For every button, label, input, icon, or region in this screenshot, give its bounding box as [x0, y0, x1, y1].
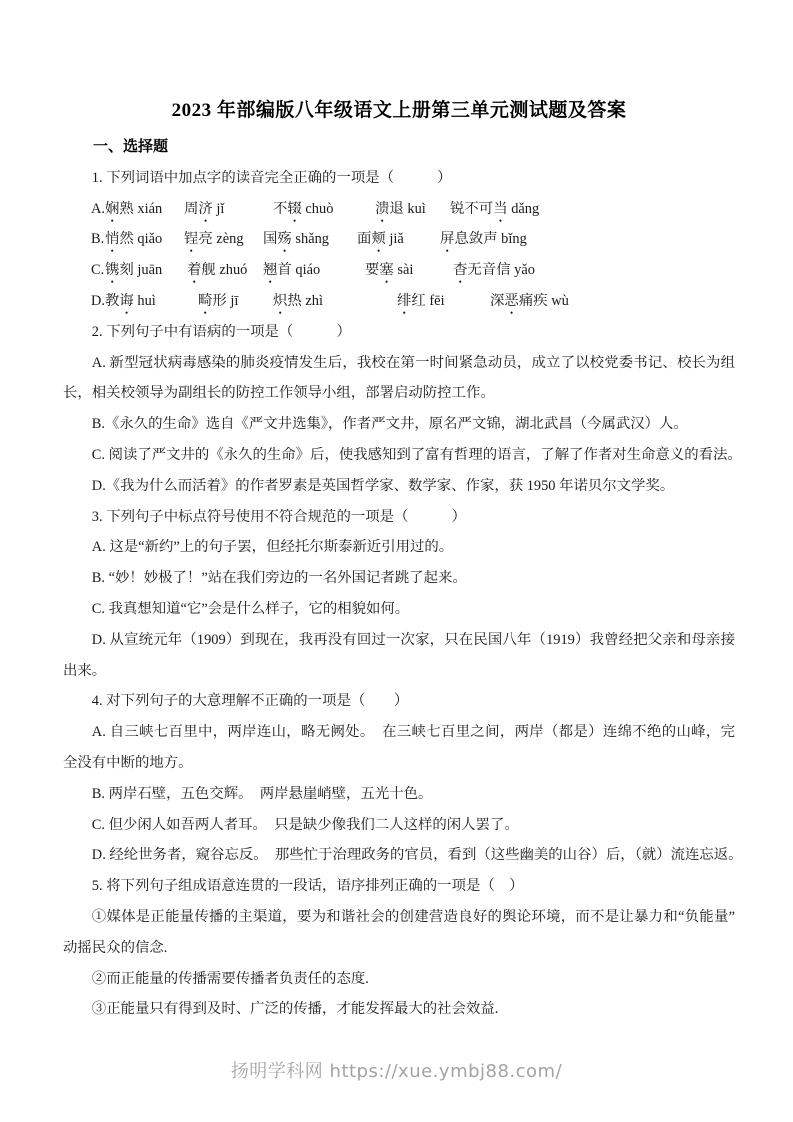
term-post: 首 qiáo	[277, 262, 320, 278]
word-term: 炽热 zhì	[273, 286, 323, 317]
term-pre: 不	[273, 201, 287, 217]
q5-item-3: ③正能量只有得到及时、广泛的传播，才能发挥最大的社会效益.	[63, 994, 735, 1025]
q5-item-1-line2: 动摇民众的信念.	[63, 933, 735, 964]
term-post: 退 kuì	[389, 201, 425, 217]
term-dotted-char: 屏	[440, 227, 454, 248]
term-post: jǐ	[213, 201, 225, 217]
term-dotted-char: 着	[187, 258, 201, 279]
q2-option-a-line1: A. 新型冠状病毒感染的肺炎疫情发生后，我校在第一时间紧急动员，成立了以校党委书…	[63, 348, 735, 379]
word-term: 溃退 kuì	[375, 194, 426, 225]
word-term: 着舰 zhuó	[187, 255, 247, 286]
option-label: D.	[91, 286, 105, 317]
term-post: 红 fēi	[411, 293, 444, 309]
option-label: B.	[91, 224, 104, 255]
word-term: 屏息敛声 bǐng	[440, 224, 527, 255]
term-dotted-char: 塞	[379, 258, 393, 279]
option-label: C.	[91, 255, 104, 286]
term-dotted-char: 锃	[184, 227, 198, 248]
word-term: 娴熟 xián	[105, 194, 162, 225]
term-post: 痛疾 wù	[519, 293, 569, 309]
term-pre: 深	[490, 293, 504, 309]
q4-option-a-line1: A. 自三峡七百里中，两岸连山，略无阙处。 在三峡七百里之间，两岸（都是）连绵不…	[63, 717, 735, 748]
term-dotted-char: 翘	[263, 258, 277, 279]
term-post: shǎng	[292, 231, 329, 247]
word-term: 国殇 shǎng	[263, 224, 329, 255]
word-term: 锃亮 zèng	[184, 224, 244, 255]
word-term: 镌刻 juān	[105, 255, 162, 286]
term-post: 热 zhì	[287, 293, 323, 309]
q4-option-a-line2: 全没有中断的地方。	[63, 748, 735, 779]
word-term: 周济 jǐ	[184, 194, 224, 225]
term-pre: 教	[105, 293, 119, 309]
word-term: 要塞 sài	[365, 255, 413, 286]
document-page: 2023 年部编版八年级语文上册第三单元测试题及答案 一、选择题 1. 下列词语…	[0, 0, 793, 1122]
term-dotted-char: 济	[198, 197, 212, 218]
term-post: 刻 juān	[119, 262, 162, 278]
q4-option-d: D. 经纶世务者，窥谷忘反。 那些忙于治理政务的官员，看到（这些幽美的山谷）后，…	[63, 840, 735, 871]
term-post: 息敛声 bǐng	[454, 231, 526, 247]
q4-stem: 4. 对下列句子的大意理解不正确的一项是（ ）	[63, 686, 735, 717]
option-label: A.	[91, 194, 105, 225]
q2-option-d: D.《我为什么而活着》的作者罗素是英国哲学家、数学家、作家，获 1950 年诺贝…	[63, 471, 735, 502]
term-pre: 要	[365, 262, 379, 278]
word-term: 翘首 qiáo	[263, 255, 320, 286]
term-dotted-char: 恶	[504, 289, 518, 310]
term-dotted-char: 炽	[273, 289, 287, 310]
term-dotted-char: 绯	[397, 289, 411, 310]
q3-option-b: B. “妙！妙极了！”站在我们旁边的一名外国记者跳了起来。	[63, 563, 735, 594]
q2-option-c: C. 阅读了严文井的《永久的生命》后，使我感知到了富有哲理的语言，了解了作者对生…	[63, 440, 735, 471]
term-post: jiǎ	[386, 231, 404, 247]
term-dotted-char: 杳	[453, 258, 467, 279]
term-pre: 周	[184, 201, 198, 217]
q2-option-a-line2: 长，相关校领导为副组长的防控工作领导小组，部署启动防控工作。	[63, 378, 735, 409]
term-dotted-char: 溃	[375, 197, 389, 218]
q2-stem: 2. 下列句子中有语病的一项是（ ）	[63, 317, 735, 348]
term-post: 形 jī	[212, 293, 238, 309]
term-pre: 国	[263, 231, 277, 247]
q1-option-row-b: B. 悄然 qiǎo 锃亮 zèng 国殇 shǎng 面颊 jiǎ 屏息敛声 …	[63, 224, 735, 255]
q5-stem: 5. 将下列句子组成语意连贯的一段话，语序排列正确的一项是（ ）	[63, 871, 735, 902]
q2-option-b: B.《永久的生命》选自《严文井选集》，作者严文井，原名严文锦，湖北武昌（今属武汉…	[63, 409, 735, 440]
term-post: chuò	[302, 201, 334, 217]
word-term: 绯红 fēi	[397, 286, 445, 317]
term-post: 亮 zèng	[198, 231, 243, 247]
q1-option-row-c: C. 镌刻 juān 着舰 zhuó 翘首 qiáo 要塞 sài 杳无音信 y…	[63, 255, 735, 286]
q3-option-d-line1: D. 从宣统元年（1909）到现在，我再没有回过一次家，只在民国八年（1919）…	[63, 625, 735, 656]
term-post: sài	[394, 262, 414, 278]
q3-option-c: C. 我真想知道“它”会是什么样子，它的相貌如何。	[63, 594, 735, 625]
word-term: 畸形 jī	[198, 286, 238, 317]
term-dotted-char: 颊	[371, 227, 385, 248]
term-post: dǎng	[508, 201, 540, 217]
watermark-footer: 扬明学科网 https://xue.ymbj88.com/	[0, 1058, 793, 1086]
word-term: 不辍 chuò	[273, 194, 333, 225]
page-title: 2023 年部编版八年级语文上册第三单元测试题及答案	[63, 98, 735, 124]
q5-item-1-line1: ①媒体是正能量传播的主渠道，要为和谐社会的创建营造良好的舆论环境，而不是让暴力和…	[63, 902, 735, 933]
word-term: 教诲 huì	[105, 286, 156, 317]
q1-stem: 1. 下列词语中加点字的读音完全正确的一项是（ ）	[63, 163, 735, 194]
term-pre: 面	[357, 231, 371, 247]
q1-option-row-a: A. 娴熟 xián 周济 jǐ 不辍 chuò 溃退 kuì 锐不可当 dǎn…	[63, 194, 735, 225]
word-term: 悄然 qiǎo	[105, 224, 162, 255]
term-post: 舰 zhuó	[201, 262, 247, 278]
term-post: huì	[134, 293, 156, 309]
q3-option-d-line2: 出来。	[63, 656, 735, 687]
q3-stem: 3. 下列句子中标点符号使用不符合规范的一项是（ ）	[63, 502, 735, 533]
word-term: 杳无音信 yǎo	[453, 255, 535, 286]
term-dotted-char: 诲	[119, 289, 133, 310]
term-dotted-char: 畸	[198, 289, 212, 310]
term-post: 无音信 yǎo	[467, 262, 535, 278]
section-heading: 一、选择题	[63, 132, 735, 163]
q4-option-c: C. 但少闲人如吾两人者耳。 只是缺少像我们二人这样的闲人罢了。	[63, 810, 735, 841]
q3-option-a: A. 这是“新约”上的句子罢，但经托尔斯泰新近引用过的。	[63, 532, 735, 563]
word-term: 面颊 jiǎ	[357, 224, 404, 255]
term-dotted-char: 殇	[277, 227, 291, 248]
term-dotted-char: 当	[493, 197, 507, 218]
term-post: 然 qiǎo	[119, 231, 162, 247]
term-dotted-char: 娴	[105, 197, 119, 218]
q5-item-2: ②而正能量的传播需要传播者负责任的态度.	[63, 964, 735, 995]
term-dotted-char: 辍	[287, 197, 301, 218]
q1-option-row-d: D. 教诲 huì 畸形 jī 炽热 zhì 绯红 fēi 深恶痛疾 wù	[63, 286, 735, 317]
term-post: 熟 xián	[119, 201, 162, 217]
term-dotted-char: 镌	[105, 258, 119, 279]
word-term: 深恶痛疾 wù	[490, 286, 569, 317]
word-term: 锐不可当 dǎng	[450, 194, 539, 225]
term-pre: 锐不可	[450, 201, 493, 217]
term-dotted-char: 悄	[105, 227, 119, 248]
q4-option-b: B. 两岸石壁，五色交辉。 两岸悬崖峭壁，五光十色。	[63, 779, 735, 810]
